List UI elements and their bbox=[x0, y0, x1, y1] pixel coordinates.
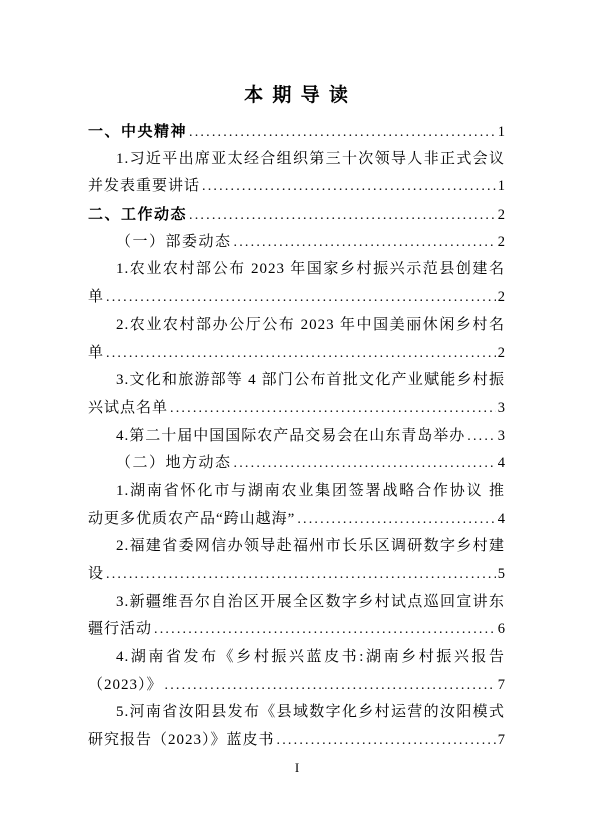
toc-entry-text: 单 bbox=[88, 284, 104, 312]
dot-leader: ........................................… bbox=[202, 173, 496, 201]
toc-line: 3.新疆维吾尔自治区开展全区数字乡村试点巡回宣讲东 bbox=[88, 589, 505, 617]
toc-line: 1.农业农村部公布 2023 年国家乡村振兴示范县创建名 bbox=[88, 256, 505, 284]
dot-leader: ........................................… bbox=[189, 202, 496, 229]
toc-entry: 2.福建省委网信办领导赴福州市长乐区调研数字乡村建设..............… bbox=[88, 533, 505, 588]
toc-page-number: 4 bbox=[498, 506, 505, 534]
toc-page-number: 2 bbox=[498, 202, 505, 229]
toc-entry-text: 研究报告（2023）》蓝皮书 bbox=[88, 727, 275, 755]
toc-line: 4.湖南省发布《乡村振兴蓝皮书:湖南乡村振兴报告 bbox=[88, 644, 505, 672]
toc-line: 1.习近平出席亚太经合组织第三十次领导人非正式会议 bbox=[88, 146, 505, 174]
dot-leader: ........................................… bbox=[234, 229, 496, 257]
toc-entry: 1.湖南省怀化市与湖南农业集团签署战略合作协议 推动更多优质农产品“跨山越海”.… bbox=[88, 478, 505, 533]
toc-line: 二、工作动态..................................… bbox=[88, 201, 505, 229]
toc-entry-text: （2023）》 bbox=[88, 672, 163, 700]
toc-line: 2.福建省委网信办领导赴福州市长乐区调研数字乡村建 bbox=[88, 533, 505, 561]
toc-entry-text: 设 bbox=[88, 561, 104, 589]
dot-leader: ........................................… bbox=[277, 727, 496, 755]
toc-entry: 4.湖南省发布《乡村振兴蓝皮书:湖南乡村振兴报告（2023）》.........… bbox=[88, 644, 505, 699]
toc-entry: 二、工作动态..................................… bbox=[88, 201, 505, 229]
toc-entry: 1.习近平出席亚太经合组织第三十次领导人非正式会议并发表重要讲话........… bbox=[88, 146, 505, 201]
toc-page-number: 2 bbox=[498, 229, 505, 257]
toc-page-number: 2 bbox=[498, 284, 505, 312]
toc-page-number: 4 bbox=[498, 450, 505, 478]
toc-entry-text: 4.第二十届中国国际农产品交易会在山东青岛举办 bbox=[116, 423, 465, 451]
dot-leader: ........................................… bbox=[165, 672, 496, 700]
toc-line: （二）地方动态.................................… bbox=[88, 450, 505, 478]
dot-leader: ........................................… bbox=[106, 340, 496, 368]
toc-list: 一、中央精神..................................… bbox=[88, 118, 505, 755]
toc-page-number: 3 bbox=[498, 395, 505, 423]
toc-line: 5.河南省汝阳县发布《县域数字化乡村运营的汝阳模式 bbox=[88, 699, 505, 727]
toc-line: 4.第二十届中国国际农产品交易会在山东青岛举办.................… bbox=[88, 423, 505, 451]
toc-entry: 4.第二十届中国国际农产品交易会在山东青岛举办.................… bbox=[88, 423, 505, 451]
dot-leader: ........................................… bbox=[154, 616, 496, 644]
toc-line: 1.湖南省怀化市与湖南农业集团签署战略合作协议 推 bbox=[88, 478, 505, 506]
toc-line: 单.......................................… bbox=[88, 284, 505, 312]
toc-line: 设.......................................… bbox=[88, 561, 505, 589]
toc-page-number: 6 bbox=[498, 616, 505, 644]
toc-line: 单.......................................… bbox=[88, 340, 505, 368]
toc-line: 一、中央精神..................................… bbox=[88, 118, 505, 146]
footer-page-number: I bbox=[0, 760, 594, 776]
toc-line: 兴试点名单...................................… bbox=[88, 395, 505, 423]
toc-line: （一）部委动态.................................… bbox=[88, 229, 505, 257]
toc-entry-text: 一、中央精神 bbox=[88, 118, 187, 146]
toc-entry: 5.河南省汝阳县发布《县域数字化乡村运营的汝阳模式研究报告（2023）》蓝皮书.… bbox=[88, 699, 505, 754]
toc-page-number: 7 bbox=[498, 672, 505, 700]
toc-page-number: 1 bbox=[498, 173, 505, 201]
toc-line: 2.农业农村部办公厅公布 2023 年中国美丽休闲乡村名 bbox=[88, 312, 505, 340]
toc-entry-text: （一）部委动态 bbox=[116, 229, 232, 257]
dot-leader: ........................................… bbox=[234, 450, 496, 478]
toc-line: 研究报告（2023）》蓝皮书..........................… bbox=[88, 727, 505, 755]
toc-entry-text: 并发表重要讲话 bbox=[88, 173, 200, 201]
toc-line: 动更多优质农产品“跨山越海”..........................… bbox=[88, 506, 505, 534]
toc-entry-text: （二）地方动态 bbox=[116, 450, 232, 478]
toc-page-number: 3 bbox=[498, 423, 505, 451]
toc-entry-text: 单 bbox=[88, 340, 104, 368]
dot-leader: ........................................… bbox=[297, 506, 495, 534]
toc-entry-text: 二、工作动态 bbox=[88, 201, 187, 229]
toc-entry: 一、中央精神..................................… bbox=[88, 118, 505, 146]
dot-leader: ........................................… bbox=[170, 395, 496, 423]
dot-leader: ........................................… bbox=[106, 284, 496, 312]
page-title: 本 期 导 读 bbox=[0, 80, 594, 107]
toc-line: 疆行活动....................................… bbox=[88, 616, 505, 644]
toc-entry: 2.农业农村部办公厅公布 2023 年中国美丽休闲乡村名单...........… bbox=[88, 312, 505, 367]
toc-page-number: 7 bbox=[498, 727, 505, 755]
toc-entry: 3.文化和旅游部等 4 部门公布首批文化产业赋能乡村振兴试点名单........… bbox=[88, 367, 505, 422]
toc-entry-text: 动更多优质农产品“跨山越海” bbox=[88, 506, 295, 534]
toc-entry: （二）地方动态.................................… bbox=[88, 450, 505, 478]
toc-entry: 1.农业农村部公布 2023 年国家乡村振兴示范县创建名单...........… bbox=[88, 256, 505, 311]
toc-entry-text: 疆行活动 bbox=[88, 616, 152, 644]
toc-line: 并发表重要讲话.................................… bbox=[88, 173, 505, 201]
toc-page-number: 1 bbox=[498, 119, 505, 146]
toc-line: （2023）》.................................… bbox=[88, 672, 505, 700]
toc-entry-text: 兴试点名单 bbox=[88, 395, 168, 423]
dot-leader: ........................................… bbox=[467, 423, 495, 451]
toc-entry: （一）部委动态.................................… bbox=[88, 229, 505, 257]
toc-line: 3.文化和旅游部等 4 部门公布首批文化产业赋能乡村振 bbox=[88, 367, 505, 395]
toc-entry: 3.新疆维吾尔自治区开展全区数字乡村试点巡回宣讲东疆行活动...........… bbox=[88, 589, 505, 644]
toc-page-number: 5 bbox=[498, 561, 505, 589]
dot-leader: ........................................… bbox=[189, 119, 496, 146]
document-page: 本 期 导 读 一、中央精神..........................… bbox=[0, 0, 594, 839]
toc-page-number: 2 bbox=[498, 340, 505, 368]
dot-leader: ........................................… bbox=[106, 561, 496, 589]
